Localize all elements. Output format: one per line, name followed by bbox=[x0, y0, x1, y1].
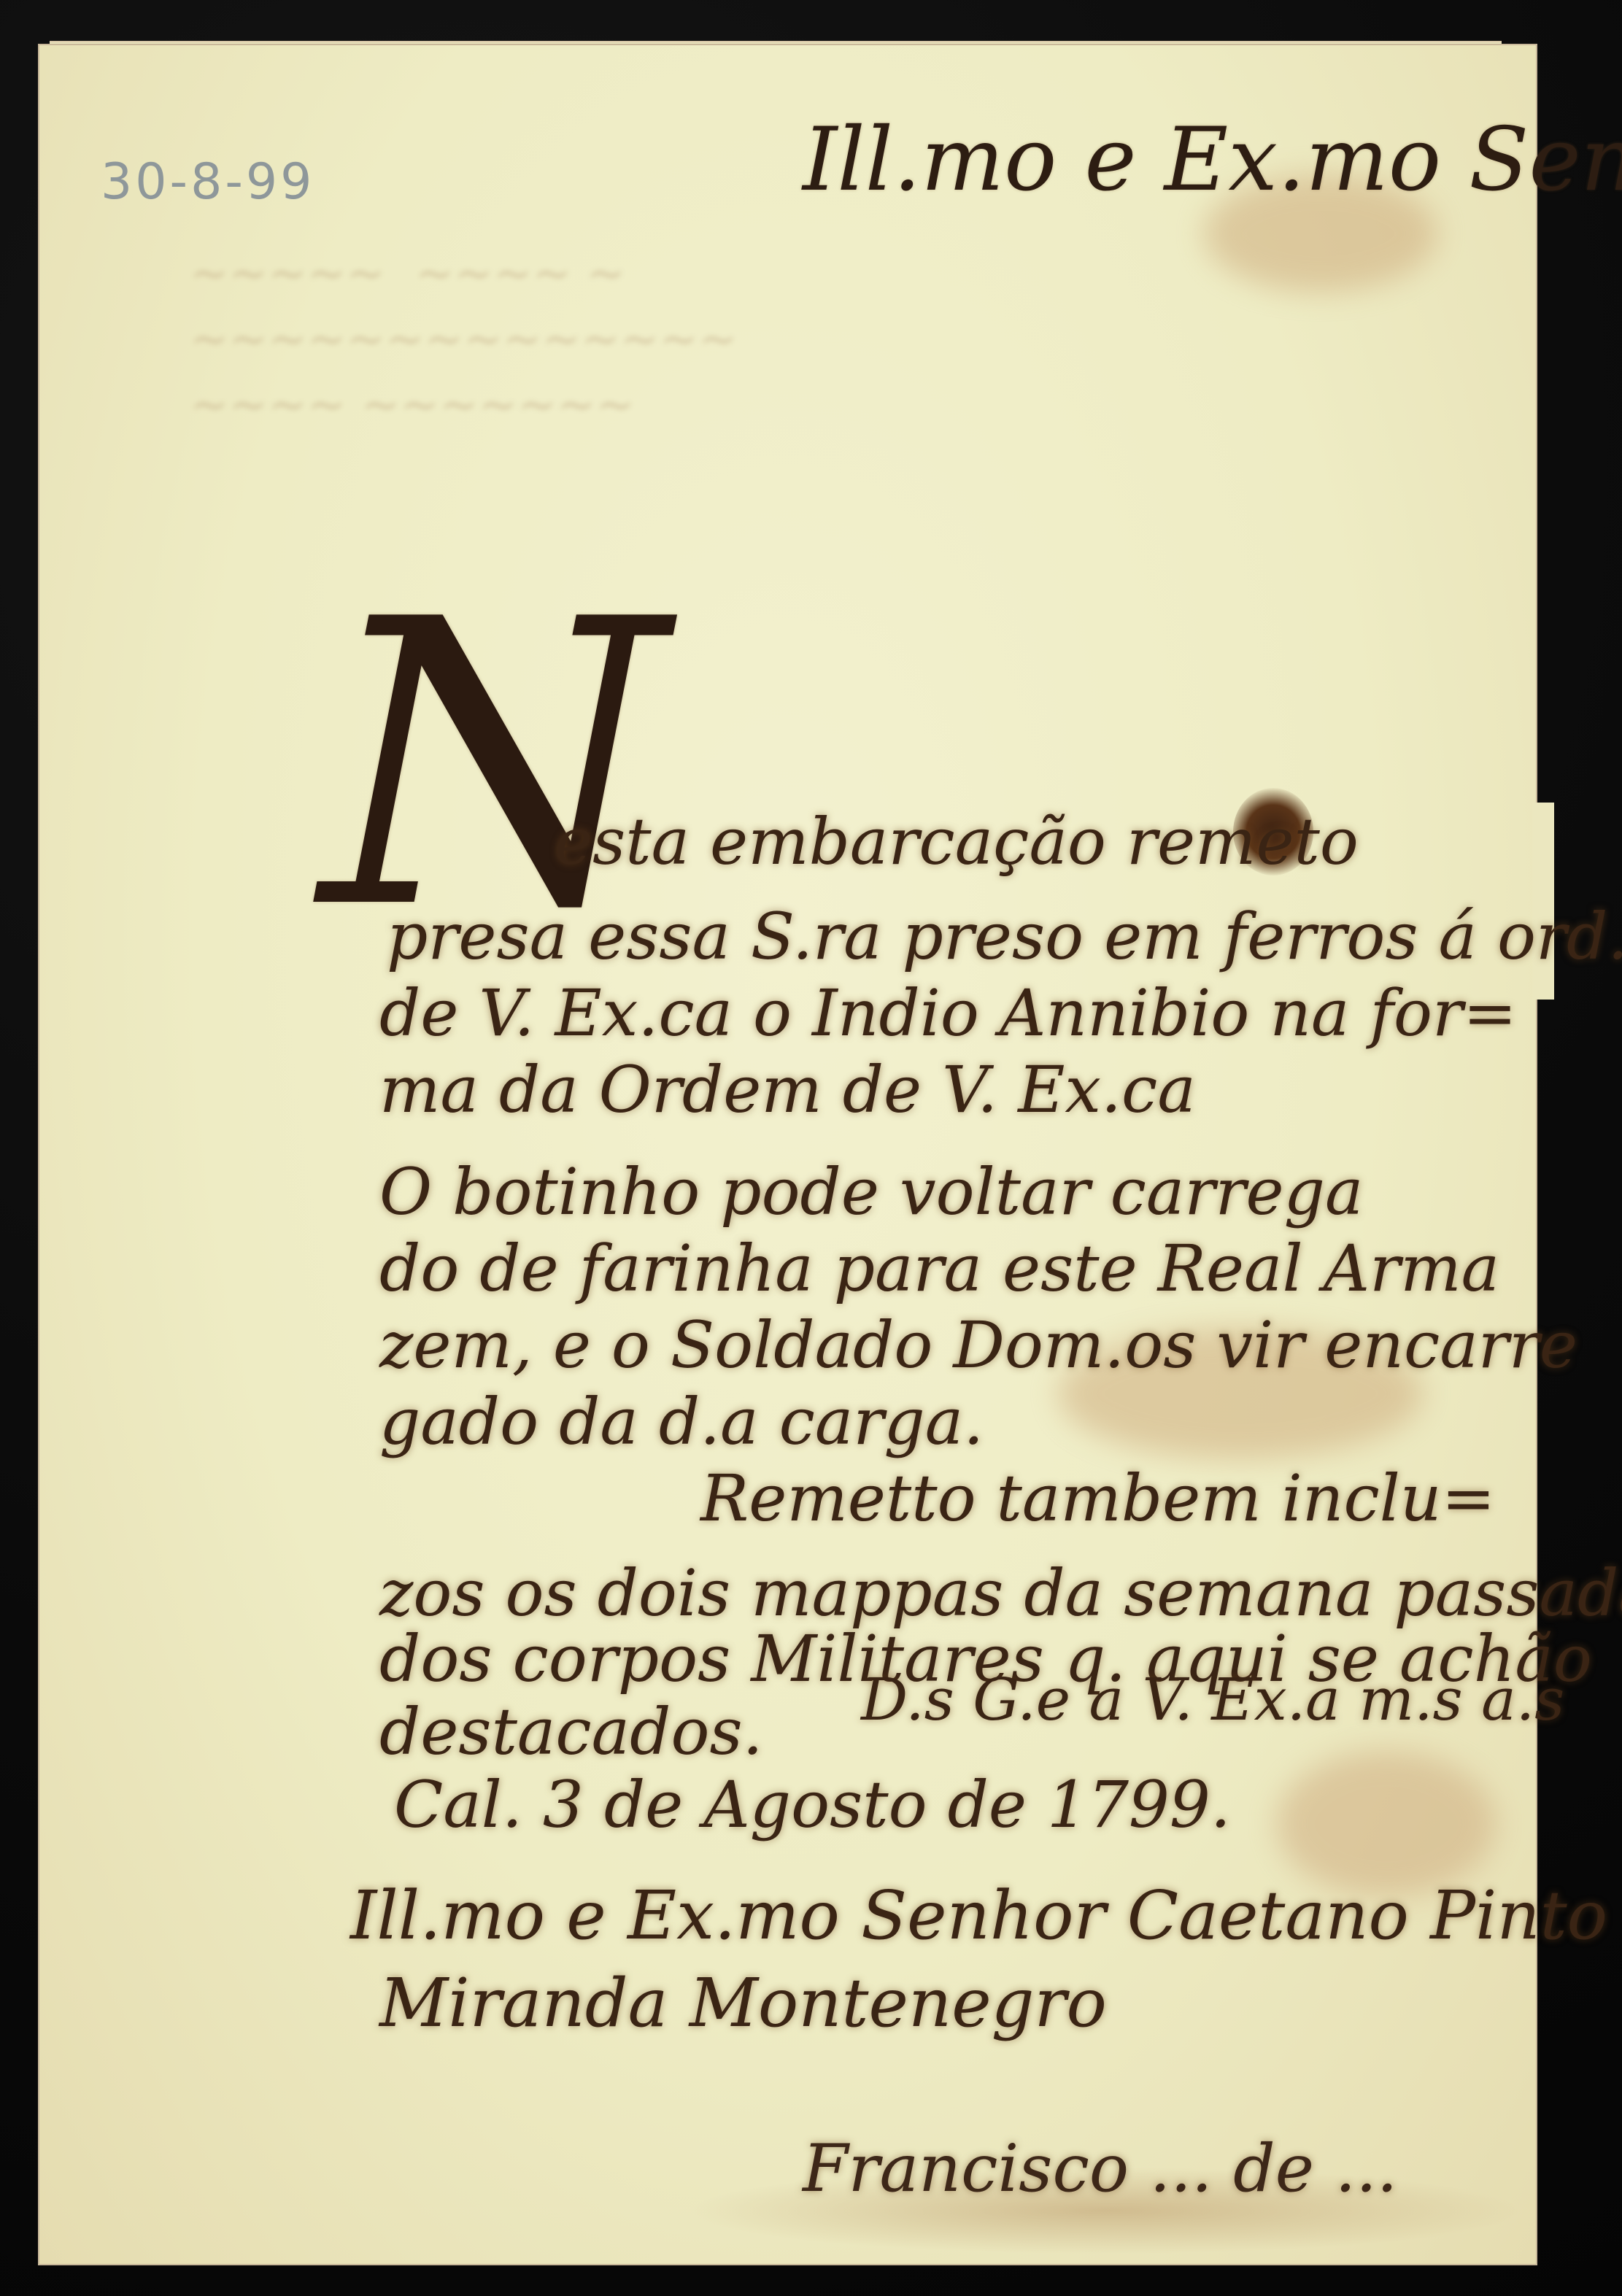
body-line-8: gado da d.a carga. bbox=[379, 1390, 984, 1454]
body-line-9: Remetto tambem inclu= bbox=[700, 1466, 1495, 1531]
body-line-5: O botinho pode voltar carrega bbox=[379, 1160, 1363, 1224]
body-line-2: presa essa S.ra preso em ferros á ord.m bbox=[387, 905, 1622, 969]
addressee-name: Miranda Montenegro bbox=[379, 1970, 1107, 2037]
body-line-4: ma da Ordem de V. Ex.ca bbox=[379, 1058, 1196, 1122]
addressee-greeting: Ill.mo e Ex.mo Senhor Caetano Pinto de bbox=[350, 1882, 1622, 1949]
body-line-7: zem, e o Soldado Dom.os vir encarre bbox=[379, 1313, 1577, 1377]
date-line: Cal. 3 de Agosto de 1799. bbox=[394, 1773, 1231, 1837]
paper-stain bbox=[1277, 1751, 1496, 1897]
body-line-12: destacados. bbox=[379, 1700, 763, 1764]
bleed-through-text: ~~~~~ ~~~~ ~ ~~~~~~~~~~~~~~ ~~~~ ~~~~~~~ bbox=[190, 241, 700, 445]
body-line-3: de V. Ex.ca o Indio Annibio na for= bbox=[379, 981, 1517, 1045]
closing-formula: D.s G.e a V. Ex.a m.s a.s bbox=[861, 1671, 1564, 1729]
heading-salutation: Ill.mo e Ex.mo Senhor bbox=[803, 109, 1622, 211]
archival-pencil-note: 30-8-99 bbox=[101, 153, 314, 211]
body-line-10: zos os dois mappas da semana passada bbox=[379, 1561, 1622, 1626]
body-line-1: esta embarcação remeto bbox=[555, 810, 1359, 874]
signature: Francisco ... de ... bbox=[803, 2130, 1397, 2207]
body-line-6: do de farinha para este Real Arma bbox=[379, 1237, 1499, 1301]
